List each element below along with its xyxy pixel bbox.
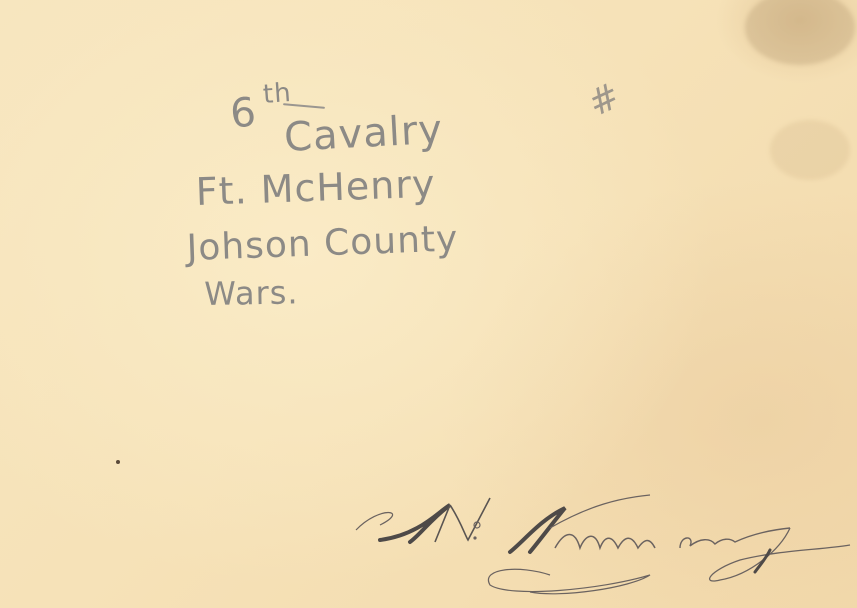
note-line-cavalry: Cavalry [283, 107, 444, 161]
stain [770, 120, 850, 180]
note-line-county: Johson County [186, 219, 459, 269]
note-line-wars: Wars. [204, 273, 299, 313]
corner-mark: # [582, 75, 628, 125]
note-line-fort: Ft. McHenry [195, 162, 436, 214]
card-back: 6 th Cavalry Ft. McHenry Johson County W… [0, 0, 857, 608]
note-number: 6 [228, 89, 259, 138]
speck [116, 460, 120, 464]
signature-flourish-icon: McKenney [350, 480, 857, 608]
fingerprint-smudge [745, 0, 855, 65]
signature: McKenney [350, 480, 857, 608]
